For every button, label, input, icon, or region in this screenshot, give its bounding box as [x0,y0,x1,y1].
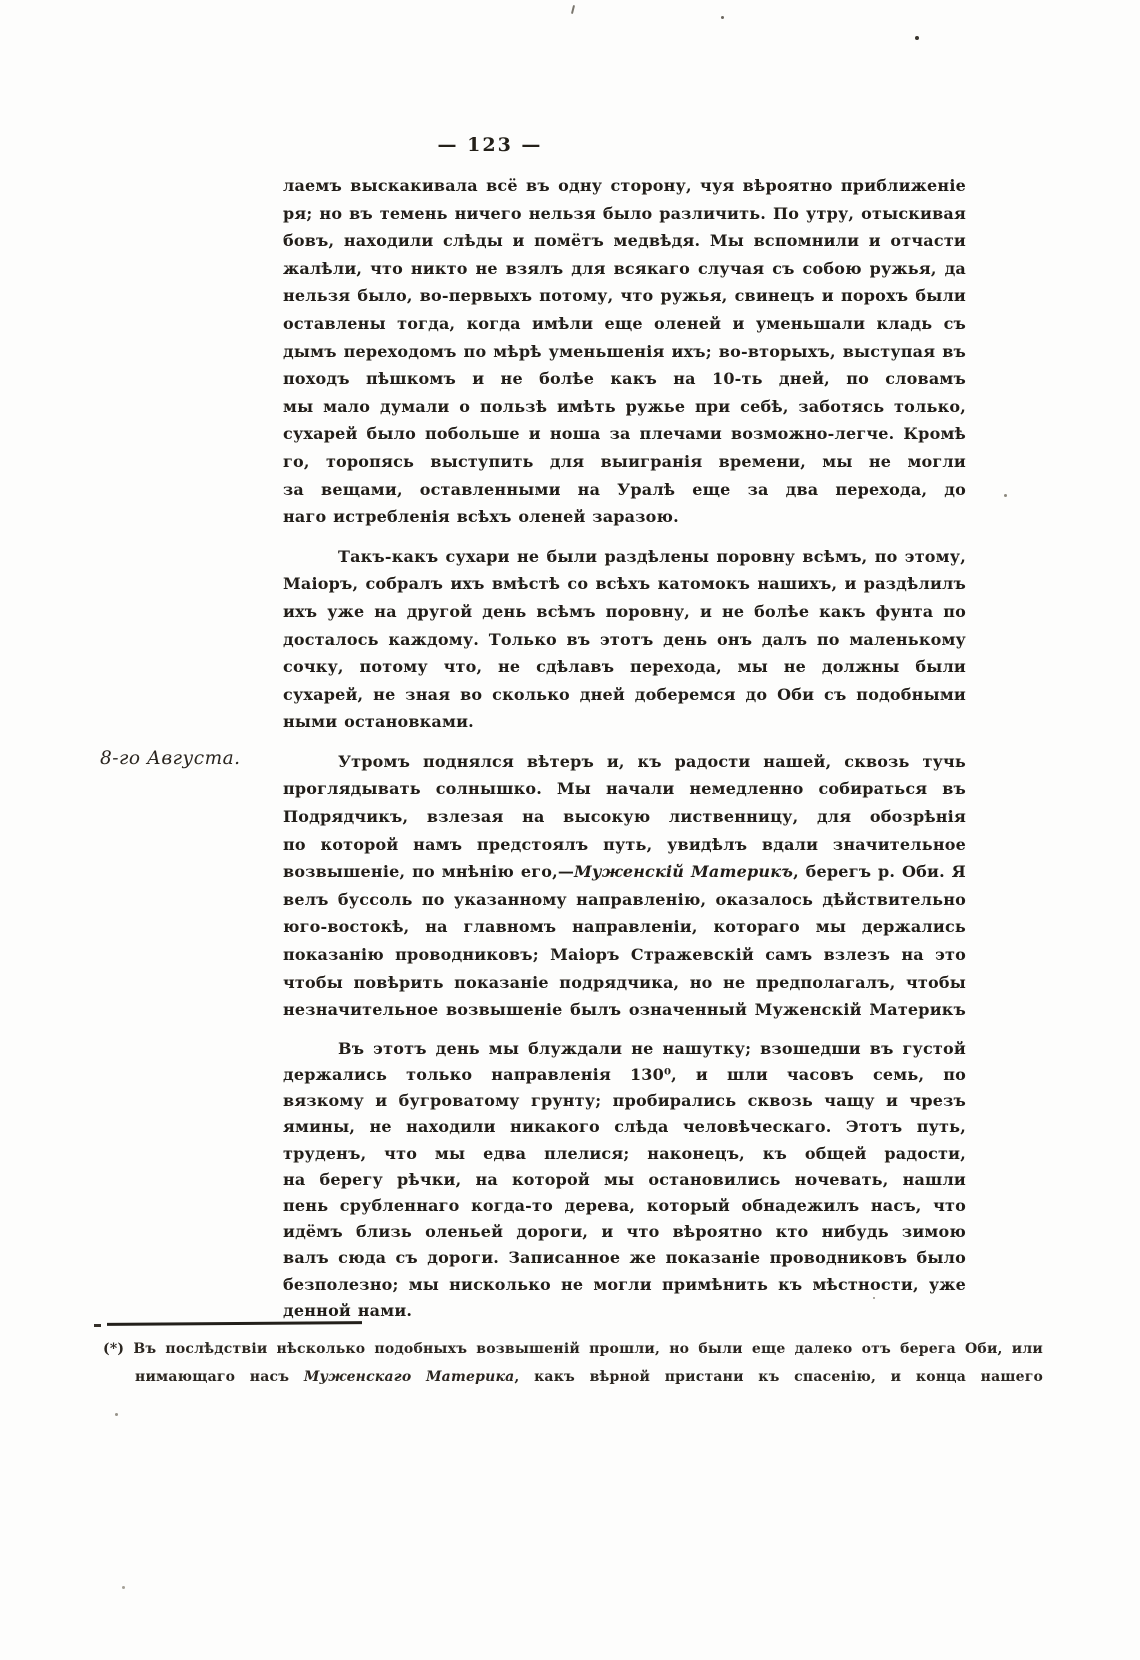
footnote-rule [107,1321,362,1326]
text-line: идёмъ близь оленьей дороги, и что вѣроят… [283,1219,966,1245]
paragraph: Утромъ поднялся вѣтеръ и, къ радости наш… [283,748,966,1024]
text-line: валъ сюда съ дороги. Записанное же показ… [283,1245,966,1271]
text-line: незначительное возвышеніе былъ означенны… [283,996,966,1024]
scan-artifact [721,16,724,19]
text-line: на берегу рѣчки, на которой мы остановил… [283,1167,966,1193]
text-line: сухарей было побольше и ноша за плечами … [283,420,966,448]
text-line: труденъ, что мы едва плелися; наконецъ, … [283,1141,966,1167]
footnote: (*) Въ послѣдствіи нѣсколько подобныхъ в… [103,1336,1043,1391]
text-line: вязкому и бугроватому грунту; пробиралис… [283,1088,966,1114]
text-line: Подрядчикъ, взлезая на высокую лиственни… [283,803,966,831]
text-line: досталось каждому. Только въ этотъ день … [283,626,966,654]
text-line: бовъ, находили слѣды и помётъ медвѣдя. М… [283,227,966,255]
paragraph: Такъ-какъ сухари не были раздѣлены поров… [283,543,966,736]
text-line: дымъ переходомъ по мѣрѣ уменьшенія ихъ; … [283,338,966,366]
text-line: денной нами. [283,1298,966,1324]
text-line: держались только направленія 130⁰, и шли… [283,1062,966,1088]
text-line: жалѣли, что никто не взялъ для всякаго с… [283,255,966,283]
text-line: ря; но въ темень ничего нельзя было разл… [283,200,966,228]
text-line: оставлены тогда, когда имѣли еще оленей … [283,310,966,338]
text-line: Такъ-какъ сухари не были раздѣлены поров… [283,543,966,571]
text-line: ихъ уже на другой день всѣмъ поровну, и … [283,598,966,626]
text-line: (*) Въ послѣдствіи нѣсколько подобныхъ в… [103,1336,1043,1364]
text-line: нельзя было, во-первыхъ потому, что ружь… [283,282,966,310]
scan-artifact [915,36,919,40]
text-line: пень срубленнаго когда-то дерева, которы… [283,1193,966,1219]
text-line: Маіоръ, собралъ ихъ вмѣстѣ со всѣхъ като… [283,570,966,598]
scanned-page: — 123 — 8-го Августа. лаемъ выскакивала … [0,0,1140,1660]
text-line: Утромъ поднялся вѣтеръ и, къ радости наш… [283,748,966,776]
text-line: возвышеніе, по мнѣнію его,—Муженскій Мат… [283,858,966,886]
text-line: ными остановками. [283,708,966,736]
text-line: проглядывать солнышко. Мы начали немедле… [283,775,966,803]
scan-artifact [571,5,575,14]
page-number: — 123 — [405,134,575,156]
text-line: го, торопясь выступить для выигранія вре… [283,448,966,476]
text-line: велъ буссоль по указанному направленію, … [283,886,966,914]
text-segment: нимающаго насъ [135,1369,304,1385]
text-line: юго-востокѣ, на главномъ направленіи, ко… [283,913,966,941]
footnote-rule-tick [94,1324,101,1327]
text-segment: возвышеніе, по мнѣнію его,— [283,862,574,881]
margin-note-date: 8-го Августа. [100,748,241,769]
text-block: лаемъ выскакивала всё въ одну сторону, ч… [283,172,966,1324]
text-line: лаемъ выскакивала всё въ одну сторону, ч… [283,172,966,200]
text-line: чтобы повѣрить показаніе подрядчика, но … [283,969,966,997]
italic-term: Муженскаго Материка [304,1369,515,1385]
scan-artifact [873,1297,875,1299]
scan-artifact [115,1413,118,1416]
scan-artifact [1004,494,1007,497]
paragraph: лаемъ выскакивала всё въ одну сторону, ч… [283,172,966,531]
text-line: ямины, не находили никакого слѣда человѣ… [283,1114,966,1140]
text-line: мы мало думали о пользѣ имѣть ружье при … [283,393,966,421]
text-line: наго истребленія всѣхъ оленей заразою. [283,503,966,531]
text-line: безполезно; мы нисколько не могли примѣн… [283,1272,966,1298]
italic-term: Муженскій Материкъ [574,862,793,881]
text-line: Въ этотъ день мы блуждали не нашутку; вз… [283,1036,966,1062]
text-line: за вещами, оставленными на Уралѣ еще за … [283,476,966,504]
text-line: по которой намъ предстоялъ путь, увидѣлъ… [283,831,966,859]
text-line: нимающаго насъ Муженскаго Материка, какъ… [103,1364,1043,1392]
text-line: сочку, потому что, не сдѣлавъ перехода, … [283,653,966,681]
text-line: показанію проводниковъ; Маіоръ Стражевск… [283,941,966,969]
text-line: сухарей, не зная во сколько дней доберем… [283,681,966,709]
scan-artifact [122,1586,125,1589]
text-line: походъ пѣшкомъ и не болѣе какъ на 10-ть … [283,365,966,393]
paragraph: Въ этотъ день мы блуждали не нашутку; вз… [283,1036,966,1324]
